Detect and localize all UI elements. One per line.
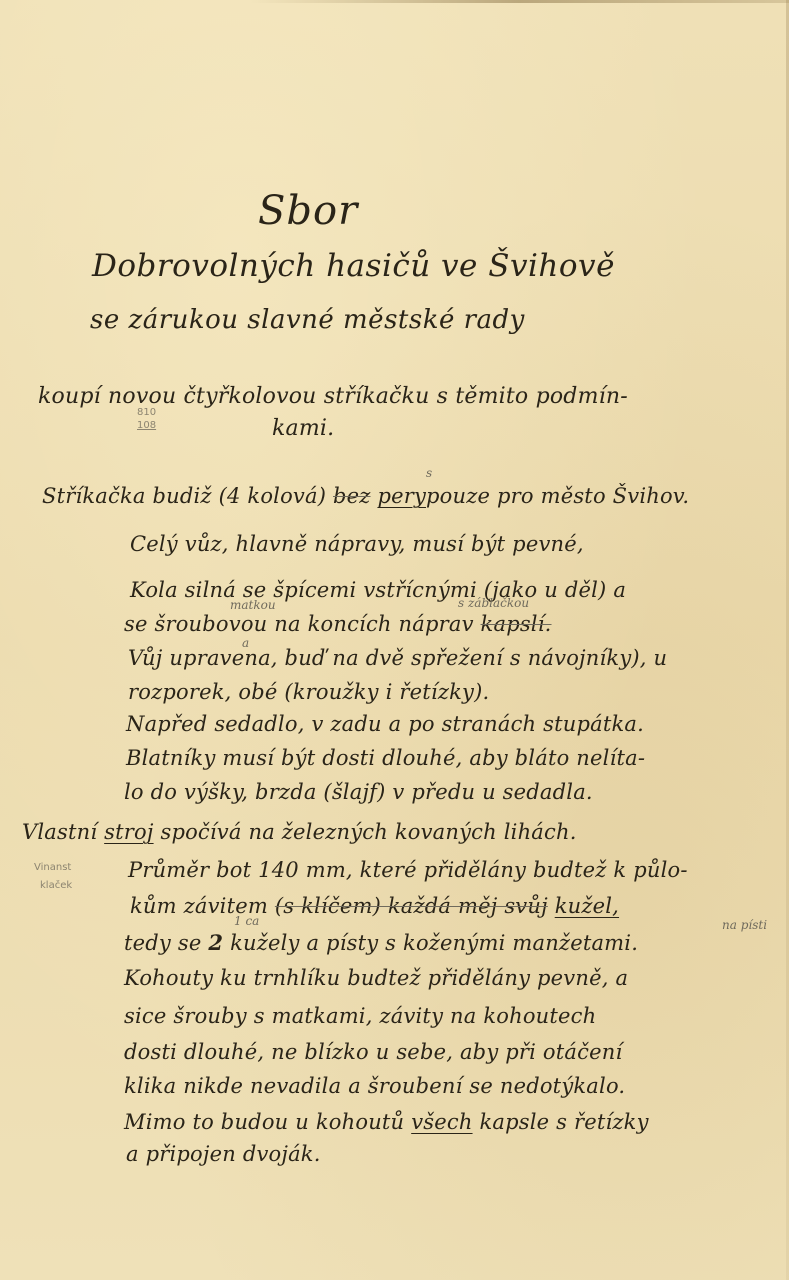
document-subtitle-line2: se zárukou slavné městské rady: [90, 305, 525, 335]
margin-note-line1: Vinanst: [34, 862, 71, 873]
p1-line9: lo do výšky, brzda (šlajf) v předu u sed…: [124, 780, 593, 804]
p2-line3-end: kužel,: [555, 894, 619, 918]
p1-line4-start: se šroubovou: [124, 612, 267, 636]
p2-line7: dosti dlouhé, ne blízko u sebe, aby při …: [124, 1040, 622, 1064]
p1-line3: Kola silná se špícemi vstřícnými (jako u…: [130, 578, 626, 602]
document-subtitle-line1: Dobrovolných hasičů ve Švihově: [92, 248, 615, 284]
p2-line2: Průměr bot 140 mm, které přidělány budte…: [128, 858, 688, 882]
p1-line1-end: pouze pro město Švihov.: [426, 484, 689, 508]
p1-line8: Blatníky musí být dosti dlouhé, aby blát…: [126, 746, 645, 770]
page-top-edge: [250, 0, 789, 3]
archive-mark-810: 810: [137, 407, 156, 418]
p2-line9: Mimo to budou u kohoutů všech kapsle s ř…: [124, 1110, 649, 1134]
intro-line1: koupí novou čtyřkolovou stříkačku s těmi…: [38, 384, 628, 409]
p1-line1-start: Stříkačka budiž (4 kolová): [42, 484, 326, 508]
p2-line1-end: spočívá na železných kovaných lihách.: [160, 820, 576, 844]
p2-line8: klika nikde nevadila a šroubení se nedot…: [124, 1074, 625, 1098]
document-title: Sbor: [258, 188, 358, 234]
p2-line6: sice šrouby s matkami, závity na kohoute…: [124, 1004, 596, 1028]
intro-line2: kami.: [272, 416, 334, 441]
p1-line4-mid: na koncích náprav: [274, 612, 473, 636]
manuscript-page: Sbor Dobrovolných hasičů ve Švihově se z…: [0, 0, 789, 1280]
p2-line1: Vlastní stroj spočívá na železných kovan…: [22, 820, 577, 844]
p1-line1-struck: bez: [333, 484, 371, 508]
p1-line6: rozporek, obé (kroužky i řetízky).: [128, 680, 489, 704]
p1-line2: Celý vůz, hlavně nápravy, musí být pevné…: [130, 532, 584, 556]
p2-line3-note-na-pisti: na písti: [722, 918, 767, 932]
p1-line4-end: kapslí.: [481, 612, 552, 636]
p1-line1-underlined: pery: [377, 484, 426, 508]
p2-line3: kům závitem (s klíčem) každá měj svůj ku…: [130, 894, 619, 918]
p2-line4-insert: 1 ca: [234, 914, 259, 928]
p1-line1-insert: s: [426, 466, 432, 480]
p1-line7: Napřed sedadlo, v zadu a po stranách stu…: [126, 712, 644, 736]
p2-line9-underlined: všech: [411, 1110, 472, 1134]
margin-note-line2: klaček: [40, 880, 72, 891]
p2-line9-start: Mimo to budou u kohoutů: [124, 1110, 404, 1134]
p1-line5: Vůj upravena, buď na dvě spřežení s návo…: [128, 646, 667, 670]
p1-line4-insert-matkou: matkou: [230, 598, 276, 612]
p1-line4-insert-zablacku: s záblačkou: [458, 596, 529, 610]
p2-line10: a připojen dvoják.: [126, 1142, 321, 1166]
p2-line4-number: 2: [208, 930, 223, 955]
p2-line5: Kohouty ku trnhlíku budtež přidělány pev…: [124, 966, 628, 990]
p2-line4: tedy se 2 kužely a písty s koženými manž…: [124, 930, 638, 955]
p2-line1-underlined: stroj: [104, 820, 153, 844]
p1-line4: se šroubovou na koncích náprav kapslí.: [124, 612, 552, 636]
p2-line4-start: tedy se: [124, 931, 201, 955]
p2-line1-start: Vlastní: [22, 820, 97, 844]
p2-line9-end: kapsle s řetízky: [479, 1110, 648, 1134]
p2-line4-end: kužely a písty s koženými manžetami.: [230, 931, 638, 955]
archive-mark-108: 108: [137, 420, 156, 431]
p2-line3-struck: (s klíčem) každá měj svůj: [275, 894, 548, 918]
p1-line1: Stříkačka budiž (4 kolová) bez perypouze…: [42, 484, 689, 508]
